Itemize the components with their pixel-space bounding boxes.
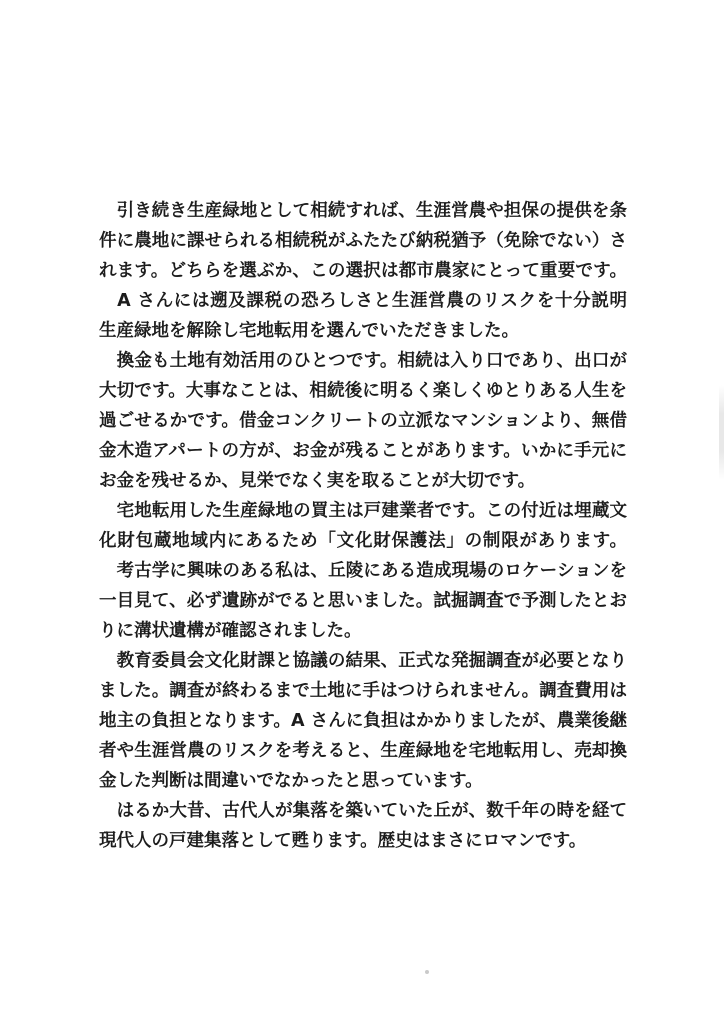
scan-edge-artifact xyxy=(719,385,724,480)
body-text-block: 引き続き生産緑地として相続すれば、生涯営農や担保の提供を条 件に農地に課せられる… xyxy=(99,196,627,856)
text-line: りに溝状遺構が確認されました。 xyxy=(99,616,627,646)
text-line: 件に農地に課せられる相続税がふたたび納税猶予（免除でない）さ xyxy=(99,226,627,256)
scanned-book-page: 引き続き生産緑地として相続すれば、生涯営農や担保の提供を条 件に農地に課せられる… xyxy=(0,0,724,1024)
text-line: 金木造アパートの方が、お金が残ることがあります。いかに手元に xyxy=(99,436,627,466)
text-line: れます。どちらを選ぶか、この選択は都市農家にとって重要です。 xyxy=(99,256,627,286)
text-line: 考古学に興味のある私は、丘陵にある造成現場のロケーションを xyxy=(99,556,627,586)
text-line: 教育委員会文化財課と協議の結果、正式な発掘調査が必要となり xyxy=(99,646,627,676)
text-line: 者や生涯営農のリスクを考えると、生産緑地を宅地転用し、売却換 xyxy=(99,736,627,766)
text-line: ました。調査が終わるまで土地に手はつけられません。調査費用は xyxy=(99,676,627,706)
text-line: 引き続き生産緑地として相続すれば、生涯営農や担保の提供を条 xyxy=(99,196,627,226)
text-line: 宅地転用した生産緑地の買主は戸建業者です。この付近は埋蔵文 xyxy=(99,496,627,526)
text-line: 換金も土地有効活用のひとつです。相続は入り口であり、出口が xyxy=(99,346,627,376)
text-line: 一目見て、必ず遺跡がでると思いました。試掘調査で予測したとお xyxy=(99,586,627,616)
text-line: はるか大昔、古代人が集落を築いていた丘が、数千年の時を経て xyxy=(99,796,627,826)
print-speck xyxy=(425,970,429,974)
text-line: 地主の負担となります。A さんに負担はかかりましたが、農業後継 xyxy=(99,706,627,736)
text-line: 生産緑地を解除し宅地転用を選んでいただきました。 xyxy=(99,316,627,346)
text-line: 金した判断は間違いでなかったと思っています。 xyxy=(99,766,627,796)
text-line: 現代人の戸建集落として甦ります。歴史はまさにロマンです。 xyxy=(99,826,627,856)
text-line: A さんには遡及課税の恐ろしさと生涯営農のリスクを十分説明し、 xyxy=(99,286,627,316)
text-line: お金を残せるか、見栄でなく実を取ることが大切です。 xyxy=(99,466,627,496)
text-line: 大切です。大事なことは、相続後に明るく楽しくゆとりある人生を xyxy=(99,376,627,406)
text-line: 過ごせるかです。借金コンクリートの立派なマンションより、無借 xyxy=(99,406,627,436)
text-line: 化財包蔵地域内にあるため「文化財保護法」の制限があります。 xyxy=(99,526,627,556)
